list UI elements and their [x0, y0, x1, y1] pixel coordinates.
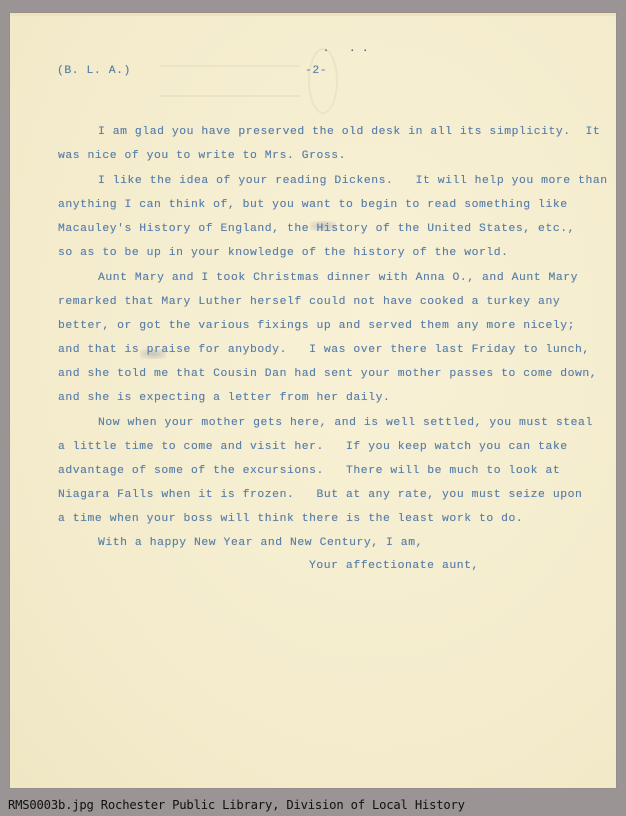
closing-line: Your affectionate aunt,: [309, 559, 479, 573]
stray-marks: . . .: [323, 43, 369, 57]
letter-line: better, or got the various fixings up an…: [58, 319, 575, 333]
page-number: -2-: [305, 64, 327, 78]
letter-line: remarked that Mary Luther herself could …: [58, 295, 560, 309]
letter-line: a time when your boss will think there i…: [58, 512, 523, 526]
letter-line: With a happy New Year and New Century, I…: [98, 536, 423, 550]
letter-page: . . . (B. L. A.) -2- I am glad you have …: [10, 13, 616, 788]
letter-line: was nice of you to write to Mrs. Gross.: [58, 149, 346, 163]
letter-line: a little time to come and visit her. If …: [58, 440, 568, 454]
letter-line: Now when your mother gets here, and is w…: [98, 416, 593, 430]
letter-line: anything I can think of, but you want to…: [58, 198, 568, 212]
letter-line: I am glad you have preserved the old des…: [98, 125, 600, 139]
letter-line: Niagara Falls when it is frozen. But at …: [58, 488, 582, 502]
letter-line: I like the idea of your reading Dickens.…: [98, 174, 608, 188]
letter-line: and she is expecting a letter from her d…: [58, 391, 390, 405]
letter-line: advantage of some of the excursions. The…: [58, 464, 560, 478]
image-caption: RMS0003b.jpg Rochester Public Library, D…: [8, 798, 465, 812]
letterhead-watermark: [160, 53, 440, 113]
letter-line: Aunt Mary and I took Christmas dinner wi…: [98, 271, 578, 285]
letter-line: so as to be up in your knowledge of the …: [58, 246, 509, 260]
letter-line: and she told me that Cousin Dan had sent…: [58, 367, 597, 381]
letter-line: and that is praise for anybody. I was ov…: [58, 343, 590, 357]
recipient-initials: (B. L. A.): [57, 64, 131, 78]
letter-line: Macauley's History of England, the Histo…: [58, 222, 575, 236]
